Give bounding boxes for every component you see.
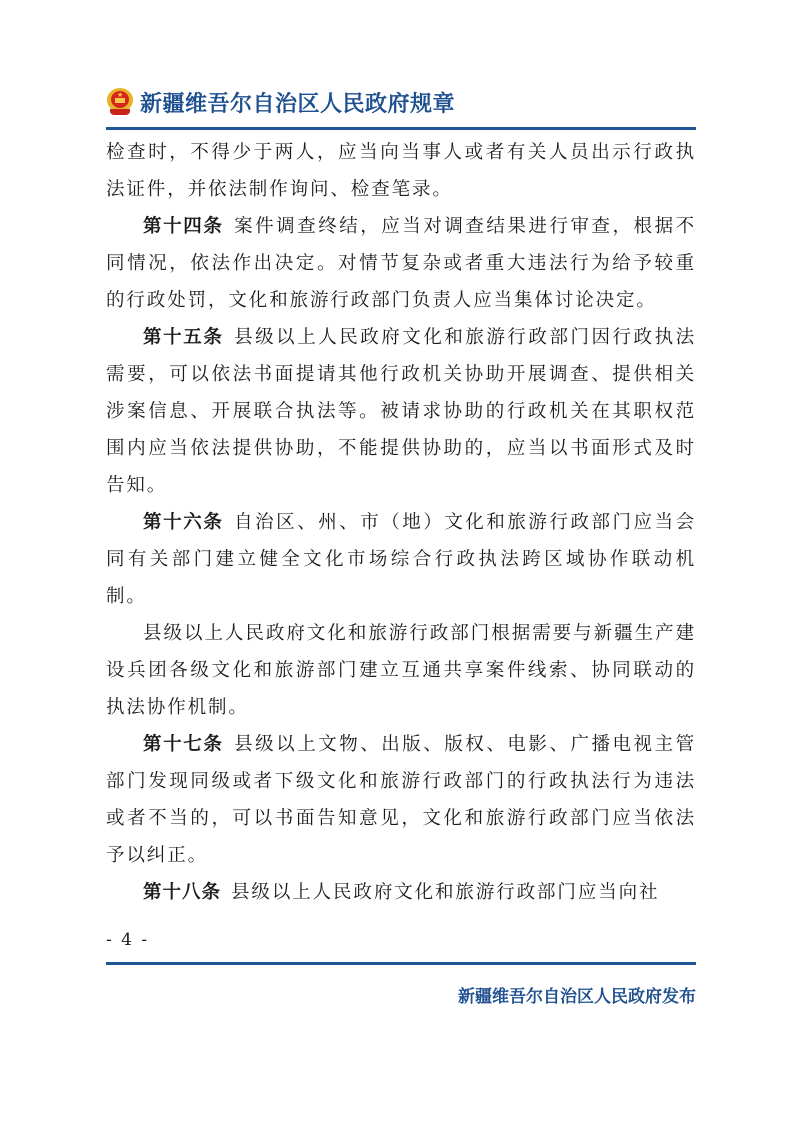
document-body: 检查时，不得少于两人，应当向当事人或者有关人员出示行政执法证件，并依法制作询问、… <box>106 134 696 911</box>
article-number: 第十八条 <box>143 882 221 903</box>
article-number: 第十七条 <box>143 734 224 755</box>
article-16: 第十六条自治区、州、市（地）文化和旅游行政部门应当会同有关部门建立健全文化市场综… <box>106 504 696 615</box>
article-18: 第十八条县级以上人民政府文化和旅游行政部门应当向社 <box>106 874 696 911</box>
article-16-clause-2: 县级以上人民政府文化和旅游行政部门根据需要与新疆生产建设兵团各级文化和旅游部门建… <box>106 615 696 726</box>
article-number: 第十六条 <box>143 512 224 533</box>
header-title: 新疆维吾尔自治区人民政府规章 <box>140 87 455 118</box>
page-number: - 4 - <box>106 930 149 950</box>
article-number: 第十五条 <box>143 327 224 348</box>
footer-publisher: 新疆维吾尔自治区人民政府发布 <box>458 982 696 1007</box>
article-17: 第十七条县级以上文物、出版、版权、电影、广播电视主管部门发现同级或者下级文化和旅… <box>106 726 696 874</box>
national-emblem-icon: ★ <box>106 88 134 116</box>
paragraph-continuation: 检查时，不得少于两人，应当向当事人或者有关人员出示行政执法证件，并依法制作询问、… <box>106 134 696 208</box>
article-number: 第十四条 <box>143 216 224 237</box>
article-15: 第十五条县级以上人民政府文化和旅游行政部门因行政执法需要，可以依法书面提请其他行… <box>106 319 696 504</box>
header-divider <box>106 127 696 130</box>
footer-divider <box>106 962 696 965</box>
page-header: ★ 新疆维吾尔自治区人民政府规章 <box>106 86 455 118</box>
article-14: 第十四条案件调查终结，应当对调查结果进行审查，根据不同情况，依法作出决定。对情节… <box>106 208 696 319</box>
